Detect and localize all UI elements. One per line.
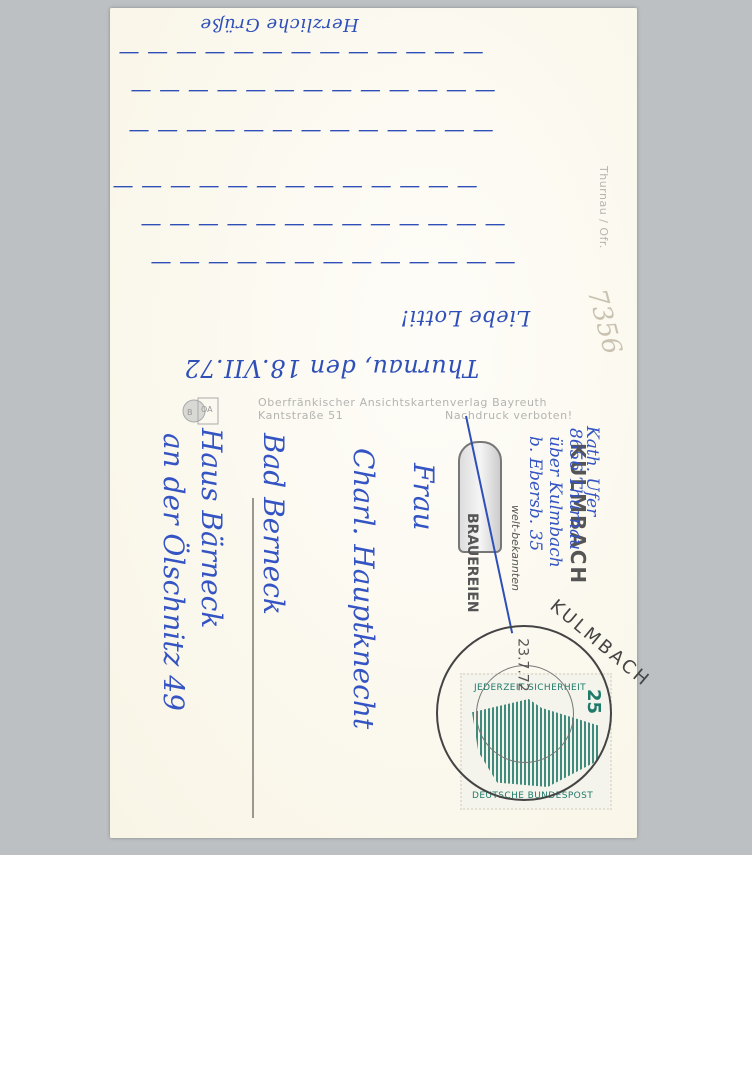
- address-divider: [252, 498, 254, 818]
- svg-text:OA: OA: [201, 405, 213, 414]
- sender-line: 8656 Thurnau: [565, 428, 585, 550]
- message-block: Herzliche Grüße — — — — — — — — — — — — …: [110, 8, 637, 388]
- message-line: — — — — — — — — — — — — —: [112, 176, 478, 200]
- publisher-address: Kantstraße 51: [258, 409, 343, 422]
- date-line: Thurnau, den 18.VII.72: [184, 354, 479, 382]
- message-line: Herzliche Grüße: [200, 14, 359, 35]
- address-line: Haus Bärneck: [195, 428, 228, 628]
- publisher-line: Oberfränkischer Ansichtskartenverlag Bay…: [258, 396, 547, 409]
- place-caption: Thurnau / Ofr.: [597, 166, 610, 249]
- postcard: Herzliche Grüße — — — — — — — — — — — — …: [110, 8, 637, 838]
- sender-line: b. Ebersb. 35: [525, 436, 545, 551]
- rubber-stamp-middle: welt-bekannten: [509, 505, 522, 591]
- sender-line: Kath. Ufer: [582, 426, 602, 516]
- sender-line: über Kulmbach: [545, 436, 565, 568]
- message-line: — — — — — — — — — — — — —: [118, 42, 484, 66]
- address-line: Bad Berneck: [257, 433, 290, 615]
- rubber-stamp-bottom: BRAUEREIEN: [464, 513, 480, 613]
- message-line: — — — — — — — — — — — — —: [150, 252, 516, 276]
- address-line: Frau: [407, 463, 440, 531]
- message-line: — — — — — — — — — — — — —: [140, 214, 506, 238]
- address-line: an der Ölschnitz 49: [157, 433, 190, 711]
- svg-text:B: B: [187, 408, 193, 417]
- postmark: KULMBACH 23.7.72: [436, 625, 612, 801]
- postmark-date: 23.7.72: [515, 638, 531, 691]
- publisher-logo-icon: OA B: [182, 396, 226, 426]
- message-line: — — — — — — — — — — — — —: [128, 120, 494, 144]
- address-line: Charl. Hauptknecht: [347, 448, 380, 729]
- salutation: Liebe Lotti!: [400, 306, 530, 330]
- message-line: — — — — — — — — — — — — —: [130, 80, 496, 104]
